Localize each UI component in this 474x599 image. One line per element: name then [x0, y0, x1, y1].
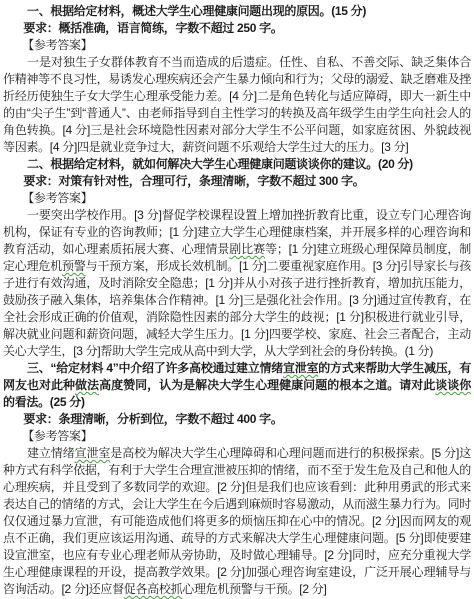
question-2-answer-label: 【参考答案】	[3, 190, 471, 207]
question-3-answer-label: 【参考答案】	[3, 428, 471, 445]
question-2-answer-paragraph: 一要突出学校作用。[3 分]督促学校课程设置上增加挫折教育比重，设立专门心理咨询…	[3, 207, 471, 360]
spellcheck-squiggle: 宣泄室	[75, 446, 111, 460]
section-question-2: 二、根据给定材料，就如何解决大学生心理健康问题谈谈你的建议。(20 分) 要求：…	[3, 156, 471, 360]
spellcheck-squiggle: 做法	[75, 378, 99, 392]
spellcheck-squiggle: 剧比赛	[229, 242, 265, 256]
spellcheck-squiggle: 促各高校抓	[124, 582, 183, 596]
question-2-requirement: 要求：对策有针对性，合理可行，条理清晰，字数不超过 300 字。	[3, 173, 471, 190]
question-2-heading: 二、根据给定材料，就如何解决大学生心理健康问题谈谈你的建议。(20 分)	[3, 156, 471, 173]
question-1-answer-paragraph: 一是对独生子女群体教育不当而造成的后遗症。任性、自私、不善交际、缺乏集体合作精神…	[3, 54, 471, 156]
question-3-requirement: 要求：条理清晰，分析到位，字数不超过 400 字。	[3, 411, 471, 428]
spellcheck-squiggle: 谈谈你	[435, 378, 471, 392]
question-1-answer-label: 【参考答案】	[3, 37, 471, 54]
section-question-3: 三、“给定材料 4”中介绍了许多高校通过建立情绪宣泄室的方式来帮助大学生减压，有…	[3, 360, 471, 598]
question-1-heading: 一、根据给定材料，概述大学生心理健康问题出现的原因。(15 分)	[3, 3, 471, 20]
section-question-1: 一、根据给定材料，概述大学生心理健康问题出现的原因。(15 分) 要求：概括准确…	[3, 3, 471, 156]
question-3-answer-paragraph: 建立情绪宣泄室是高校为解决大学生心理障碍和心理问题而进行的积极探索。[5 分]这…	[3, 445, 471, 598]
spellcheck-squiggle: 宣泄室	[283, 361, 318, 375]
question-1-requirement: 要求：概括准确，语言简练，字数不超过 250 字。	[3, 20, 471, 37]
question-3-heading: 三、“给定材料 4”中介绍了许多高校通过建立情绪宣泄室的方式来帮助大学生减压，有…	[3, 360, 471, 411]
answer-key-document: 一、根据给定材料，概述大学生心理健康问题出现的原因。(15 分) 要求：概括准确…	[0, 0, 474, 599]
spellcheck-squiggle: 预警	[62, 259, 86, 273]
